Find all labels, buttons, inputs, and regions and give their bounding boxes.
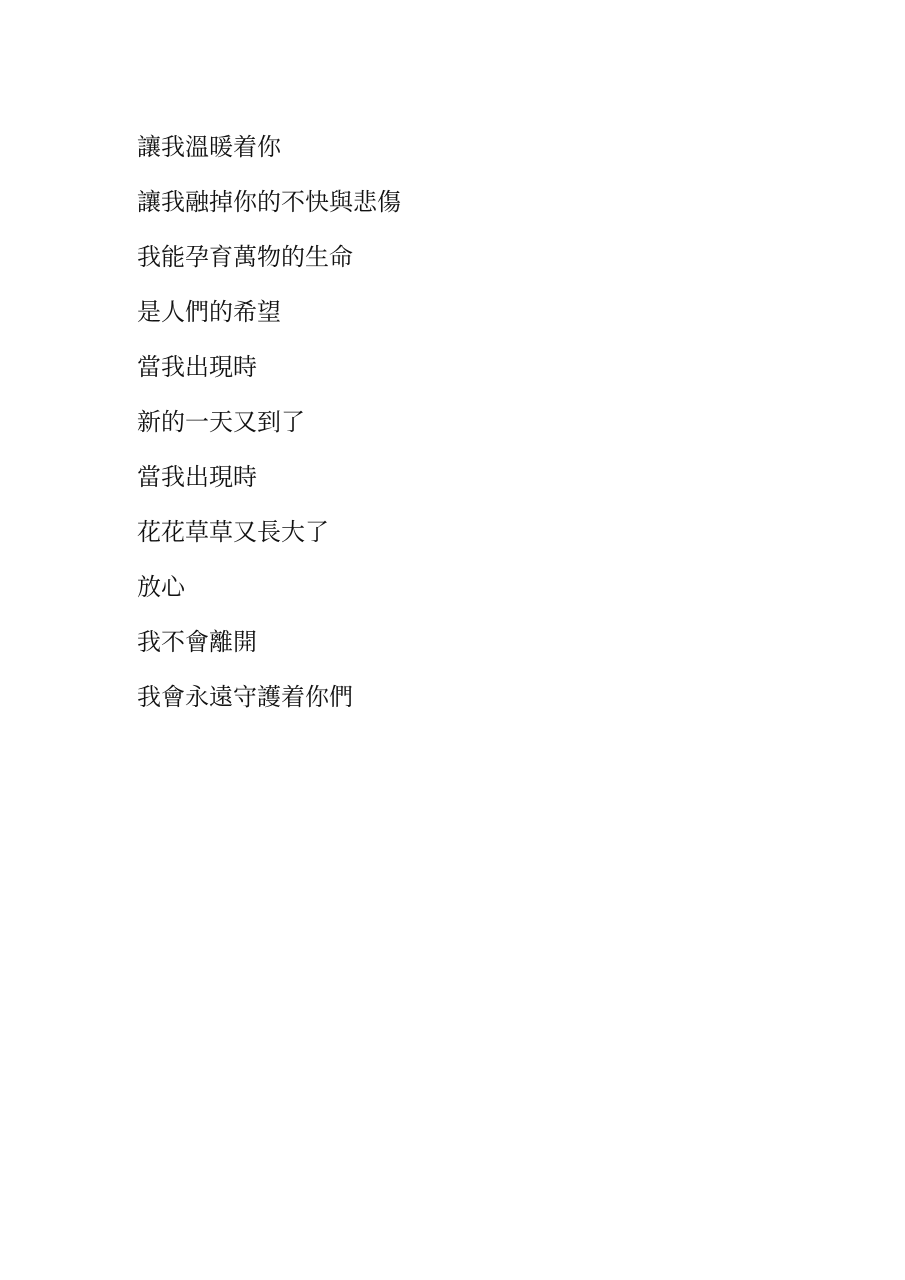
poem-line: 新的一天又到了 — [137, 408, 837, 436]
stanza-3: 放心 我不會離開 我會永遠守護着你們 — [137, 573, 837, 711]
poem-line: 放心 — [137, 573, 837, 601]
poem-line: 我能孕育萬物的生命 — [137, 243, 837, 271]
poem-line: 當我出現時 — [137, 463, 837, 491]
document-page: 讓我溫暖着你 讓我融掉你的不快與悲傷 我能孕育萬物的生命 是人們的希望 當我出現… — [137, 133, 837, 738]
poem-line: 當我出現時 — [137, 353, 837, 381]
poem-line: 我不會離開 — [137, 628, 837, 656]
poem-line: 讓我溫暖着你 — [137, 133, 837, 161]
poem-line: 是人們的希望 — [137, 298, 837, 326]
stanza-1: 讓我溫暖着你 讓我融掉你的不快與悲傷 — [137, 133, 837, 216]
poem-line: 我會永遠守護着你們 — [137, 683, 837, 711]
poem-line: 花花草草又長大了 — [137, 518, 837, 546]
poem-line: 讓我融掉你的不快與悲傷 — [137, 188, 837, 216]
stanza-2: 我能孕育萬物的生命 是人們的希望 當我出現時 新的一天又到了 當我出現時 花花草… — [137, 243, 837, 546]
